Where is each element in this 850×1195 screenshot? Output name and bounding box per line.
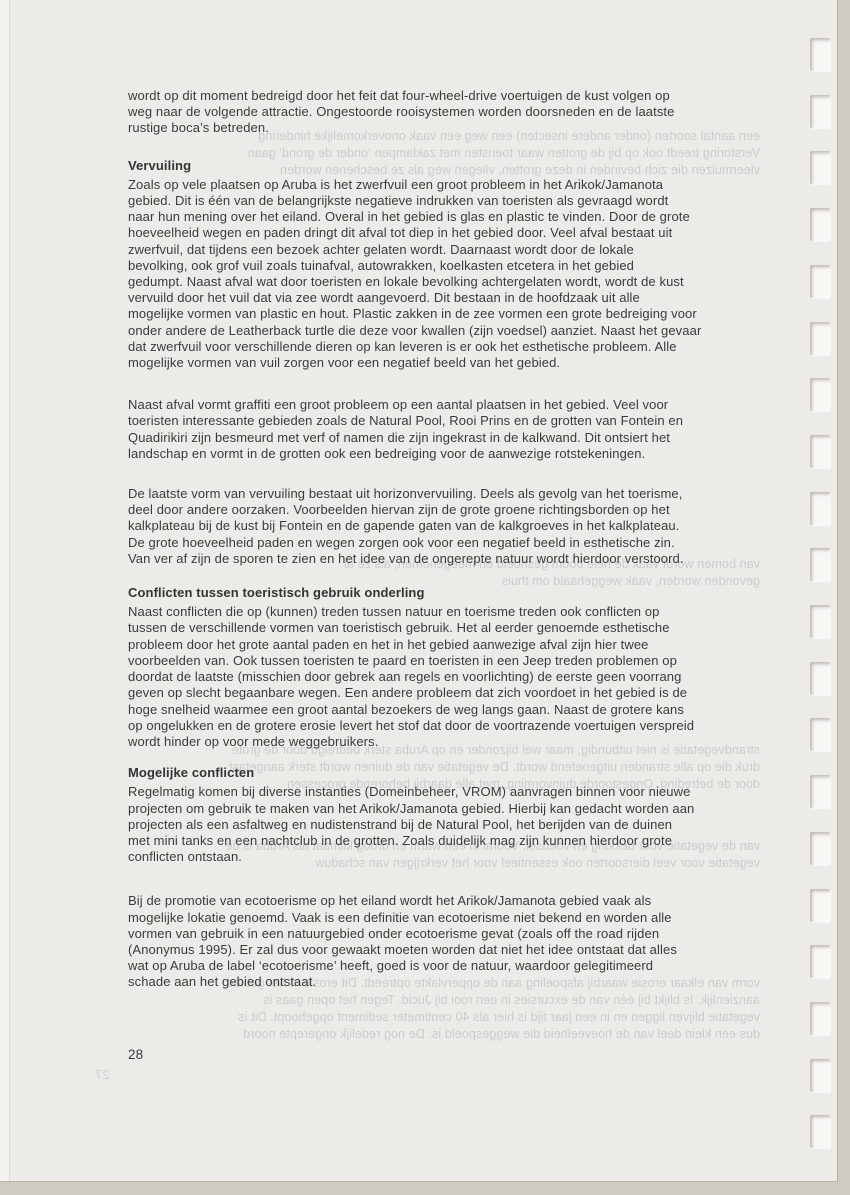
- binding-hole: [810, 95, 830, 128]
- binding-hole: [810, 548, 830, 581]
- paragraph-vervuiling-3: De laatste vorm van vervuiling bestaat u…: [128, 486, 773, 567]
- binding-hole: [810, 208, 830, 241]
- binding-hole: [810, 775, 830, 808]
- scanned-page: een aantal soorten (onder andere insecte…: [0, 0, 838, 1182]
- binding-hole: [810, 435, 830, 468]
- paragraph-vervuiling-2: Naast afval vormt graffiti een groot pro…: [128, 397, 773, 462]
- binding-hole: [810, 1115, 830, 1148]
- binding-hole: [810, 662, 830, 695]
- paragraph-intro: wordt op dit moment bedreigd door het fe…: [128, 88, 773, 137]
- binding-hole: [810, 378, 830, 411]
- binding-hole: [810, 889, 830, 922]
- heading-mogelijke-conflicten: Mogelijke conflicten: [128, 765, 773, 781]
- paragraph-mogelijke-2: Bij de promotie van ecotoerisme op het e…: [128, 893, 773, 990]
- binding-hole: [810, 38, 830, 71]
- binding-strip: [806, 0, 836, 1181]
- bleedthrough-page-number: 27: [95, 1067, 109, 1082]
- binding-hole: [810, 151, 830, 184]
- page-number: 28: [128, 1047, 773, 1063]
- binding-hole: [810, 1002, 830, 1035]
- page-left-edge: [0, 0, 9, 1181]
- document-text: wordt op dit moment bedreigd door het fe…: [128, 88, 773, 1063]
- binding-hole: [810, 265, 830, 298]
- heading-conflicten: Conflicten tussen toeristisch gebruik on…: [128, 585, 773, 601]
- binding-hole: [810, 322, 830, 355]
- binding-hole: [810, 1059, 830, 1092]
- binding-hole: [810, 492, 830, 525]
- page-left-edge-line: [9, 0, 10, 1181]
- paragraph-vervuiling-1: Zoals op vele plaatsen op Aruba is het z…: [128, 177, 773, 371]
- binding-hole: [810, 832, 830, 865]
- binding-hole: [810, 605, 830, 638]
- paragraph-conflicten-1: Naast conflicten die op (kunnen) treden …: [128, 604, 773, 750]
- paragraph-mogelijke-1: Regelmatig komen bij diverse instanties …: [128, 784, 773, 865]
- binding-hole: [810, 718, 830, 751]
- heading-vervuiling: Vervuiling: [128, 158, 773, 174]
- binding-hole: [810, 945, 830, 978]
